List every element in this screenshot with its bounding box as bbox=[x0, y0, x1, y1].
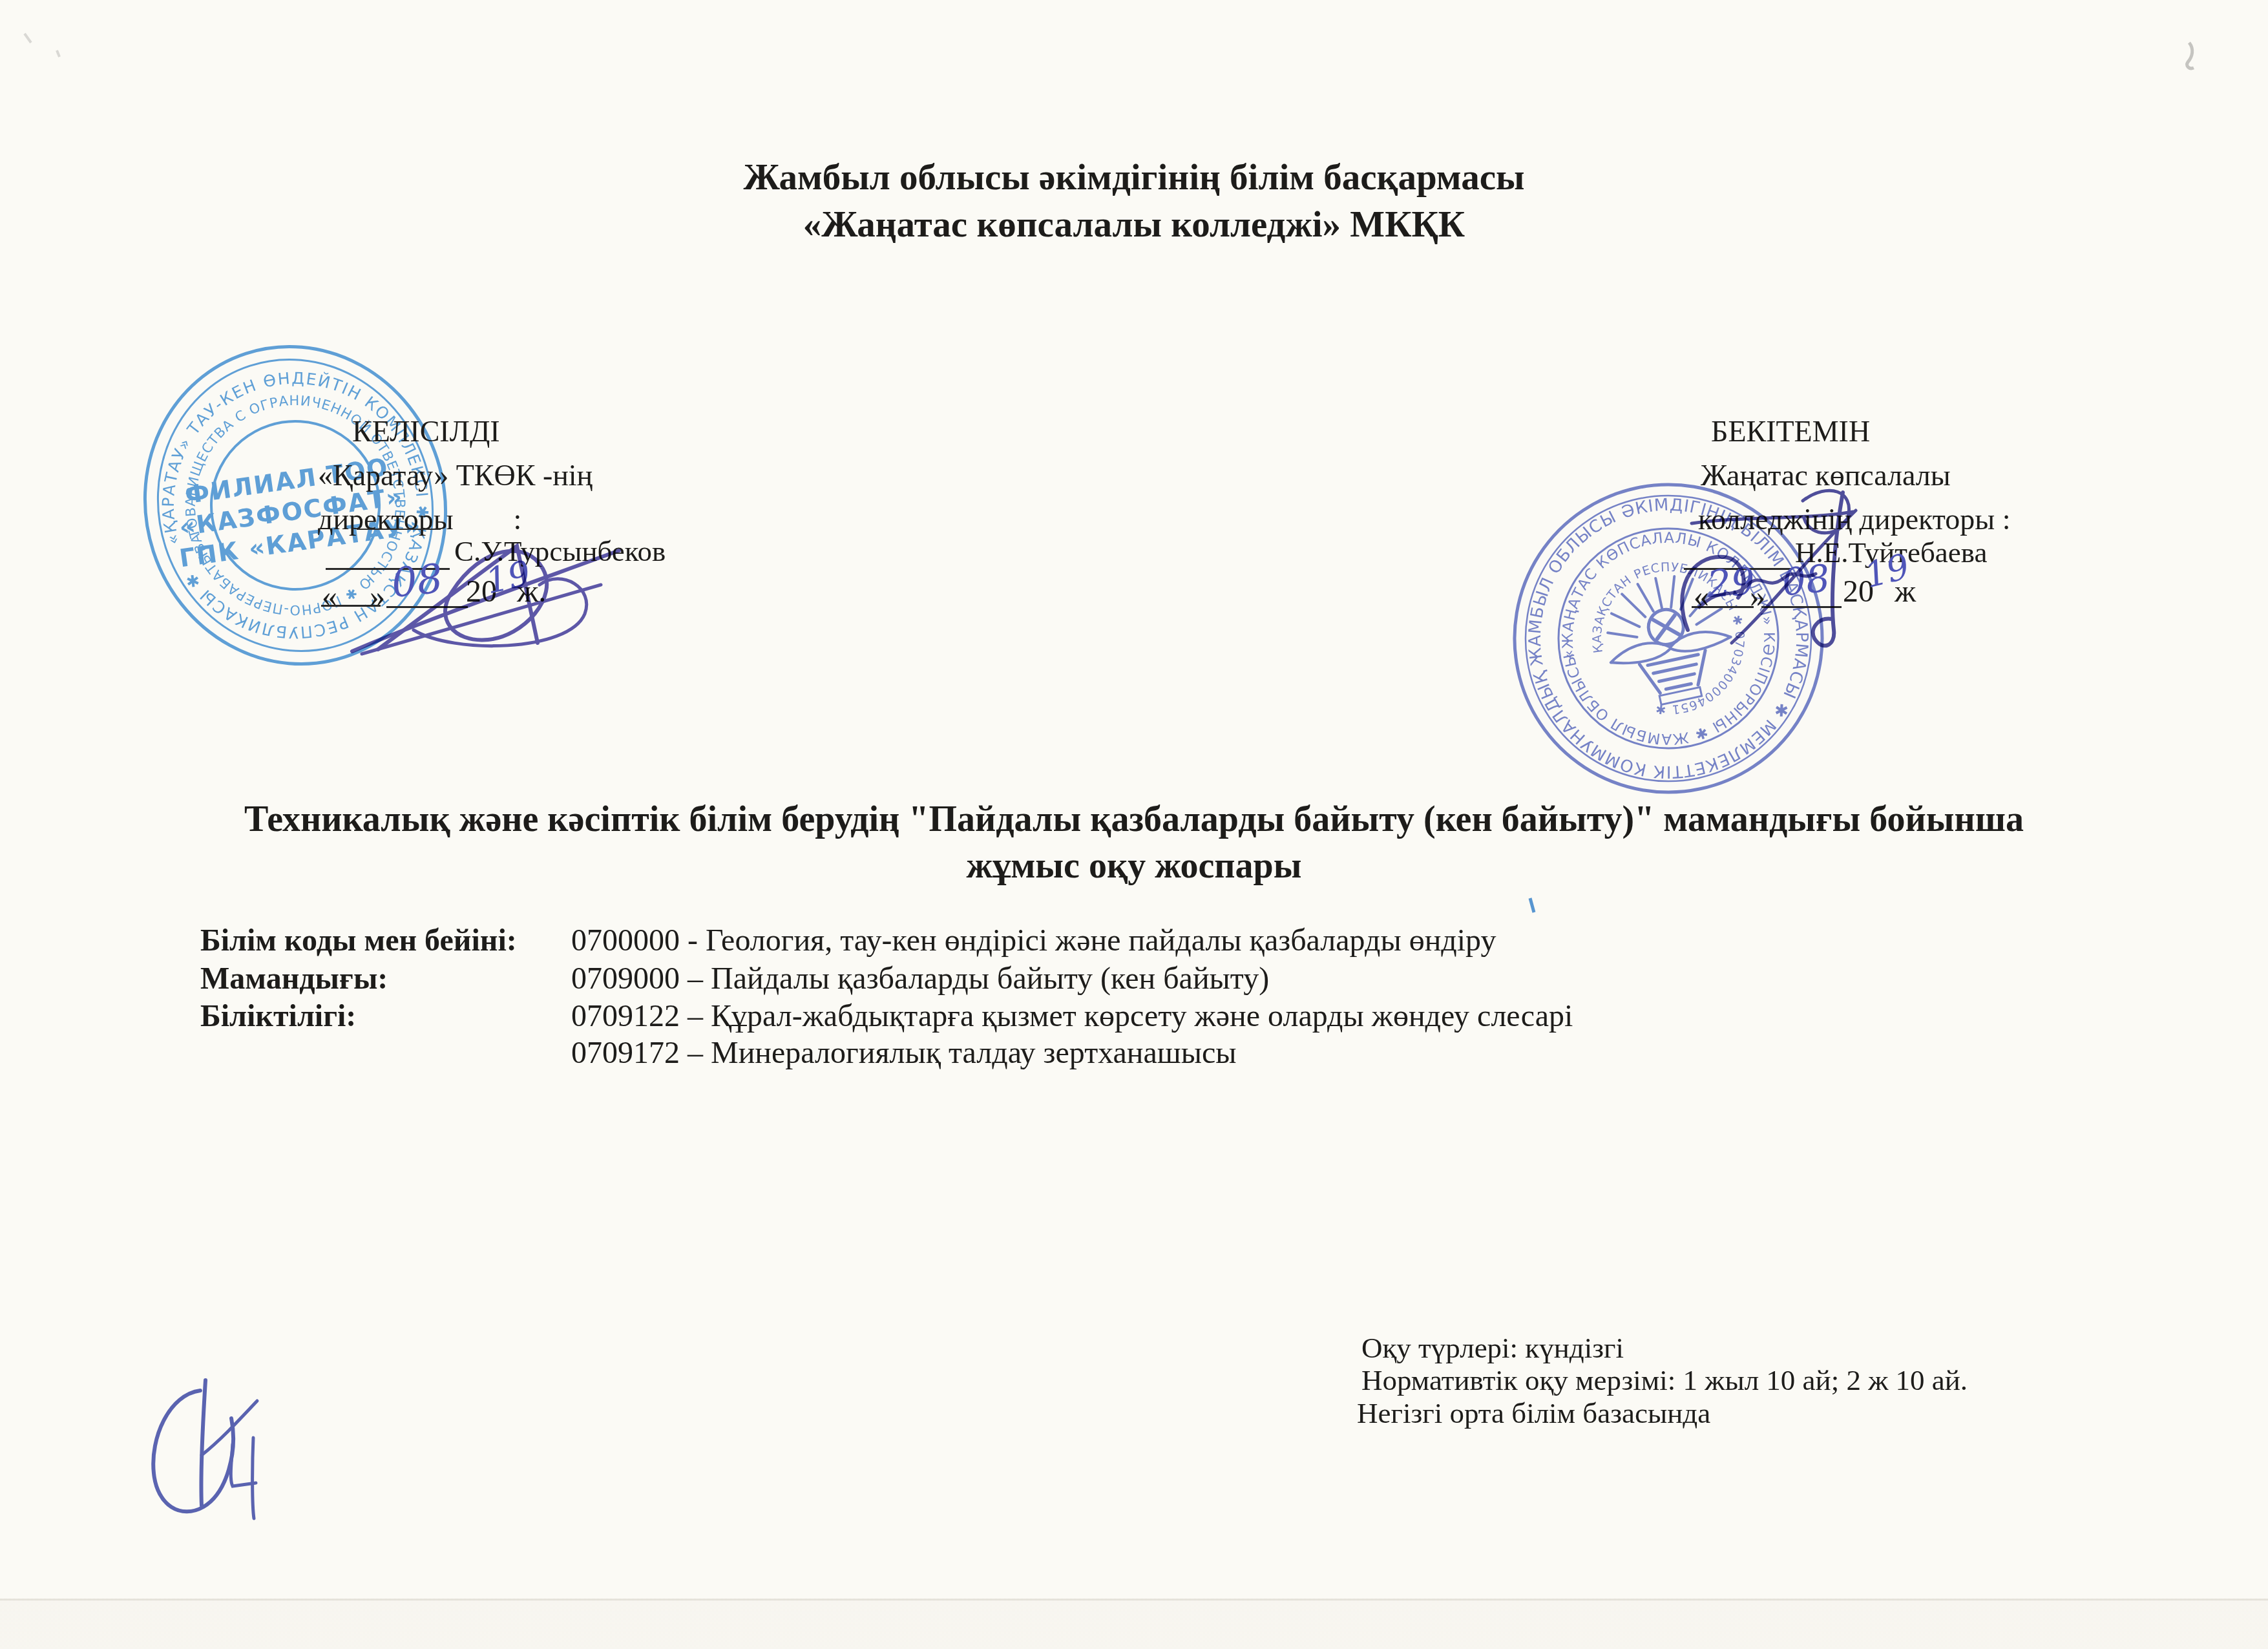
right-director-signature bbox=[1682, 490, 1856, 646]
ink-marks-overlay bbox=[0, 0, 2268, 1649]
bottom-left-signature bbox=[153, 1380, 257, 1518]
pencil-mark-top-left bbox=[25, 34, 59, 57]
blue-tick-mark bbox=[1530, 898, 1534, 912]
gray-smudge-top-right bbox=[2187, 43, 2194, 68]
left-director-signature bbox=[352, 546, 619, 654]
scanned-curriculum-document: Жамбыл облысы әкімдігінің білім басқарма… bbox=[0, 0, 2268, 1649]
scan-edge-shadow bbox=[0, 1599, 2268, 1649]
